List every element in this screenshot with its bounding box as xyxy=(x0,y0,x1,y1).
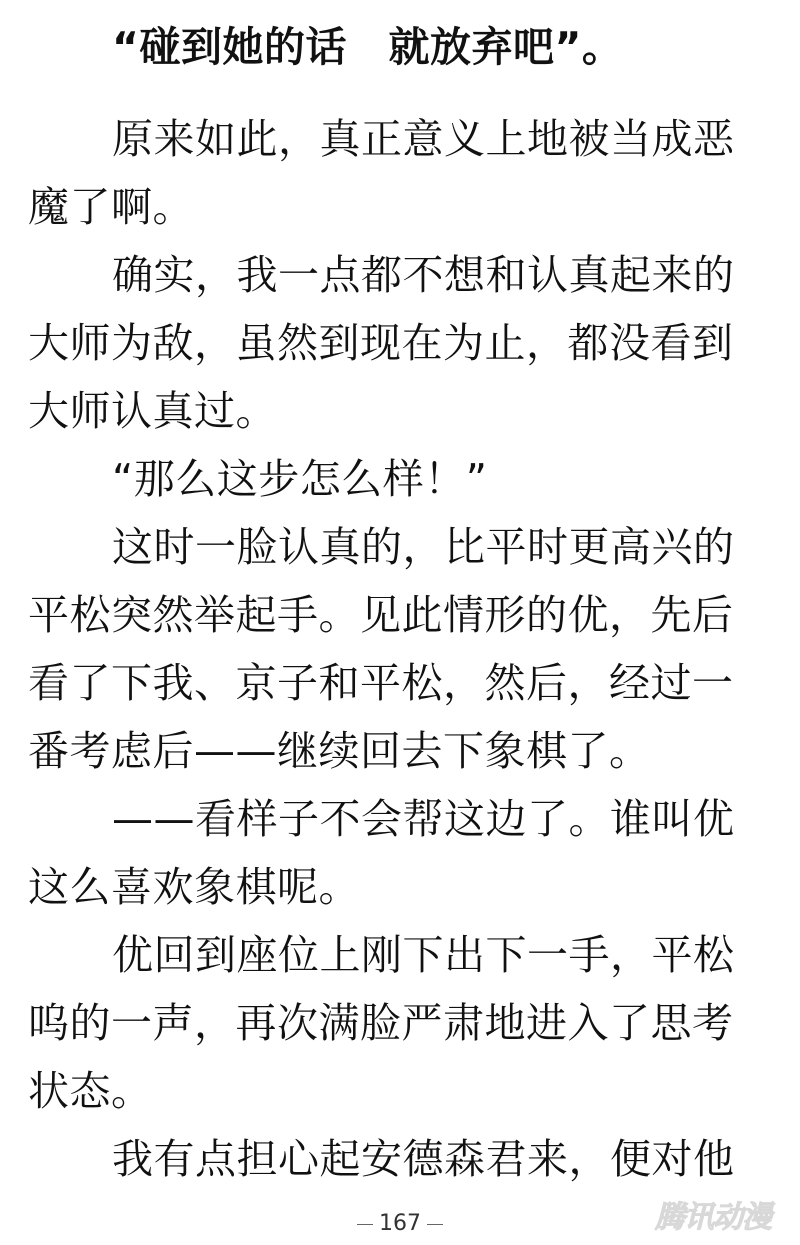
page-number: 167 xyxy=(379,1211,421,1236)
text-line: “碰到她的话 就放弃吧”。 xyxy=(112,22,800,72)
document-page: “碰到她的话 就放弃吧”。 原来如此，真正意义上地被当成恶 魔了啊。 确实，我一… xyxy=(0,0,800,1245)
text-line: 大师为敌，虽然到现在为止，都没看到 xyxy=(28,318,778,368)
text-line: 原来如此，真正意义上地被当成恶 xyxy=(112,114,800,164)
text-line: 我有点担心起安德森君来，便对他 xyxy=(112,1134,800,1184)
text-line: 番考虑后——继续回去下象棋了。 xyxy=(28,726,778,776)
text-line: 看了下我、京子和平松，然后，经过一 xyxy=(28,658,778,708)
page-number-footer: 167 xyxy=(0,1210,800,1238)
text-line: 魔了啊。 xyxy=(28,182,778,232)
text-line: ——看样子不会帮这边了。谁叫优 xyxy=(112,794,800,844)
text-line: 确实，我一点都不想和认真起来的 xyxy=(112,250,800,300)
dash-decoration xyxy=(427,1224,443,1225)
text-line: 状态。 xyxy=(28,1066,778,1116)
text-line: 优回到座位上刚下出下一手，平松 xyxy=(112,930,800,980)
text-line: 呜的一声，再次满脸严肃地进入了思考 xyxy=(28,998,778,1048)
text-line: 大师认真过。 xyxy=(28,386,778,436)
dash-decoration xyxy=(357,1224,373,1225)
text-line: 这么喜欢象棋呢。 xyxy=(28,862,778,912)
text-line: 这时一脸认真的，比平时更高兴的 xyxy=(112,522,800,572)
text-line: “那么这步怎么样！” xyxy=(112,454,800,504)
text-line: 平松突然举起手。见此情形的优，先后 xyxy=(28,590,778,640)
